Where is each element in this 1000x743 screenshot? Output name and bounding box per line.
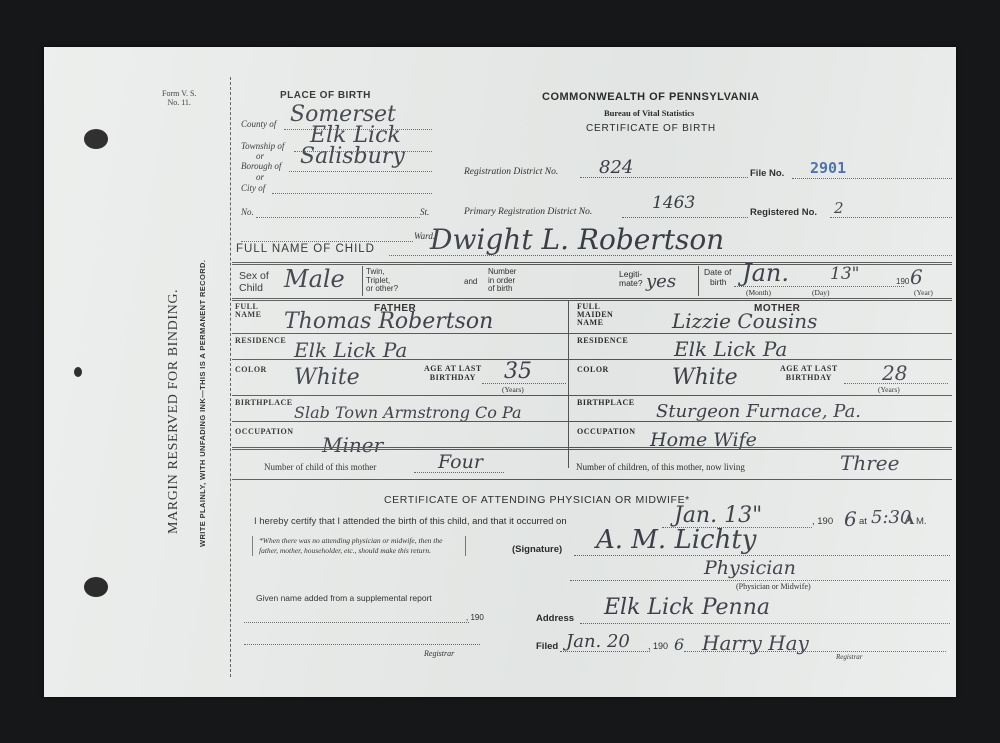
children-living-value: Three xyxy=(840,451,899,475)
county-label: County of xyxy=(241,119,276,129)
twin-label-line3: or other? xyxy=(366,285,398,294)
or-label: or xyxy=(256,172,264,182)
mother-age-label-line2: BIRTHDAY xyxy=(780,374,838,383)
physician-at-label: at xyxy=(859,516,867,527)
father-birthplace-value: Slab Town Armstrong Co Pa xyxy=(294,403,522,422)
birth-order-line3: of birth xyxy=(488,285,516,294)
filed-registrar: Harry Hay xyxy=(702,631,809,655)
physician-signature: A. M. Lichty xyxy=(596,525,756,555)
file-no-value: 2901 xyxy=(810,159,846,177)
father-occupation-label: OCCUPATION xyxy=(235,427,293,436)
father-birthplace-label: BIRTHPLACE xyxy=(235,398,293,407)
physician-title: Physician xyxy=(704,557,796,579)
street-no-label: No. xyxy=(241,207,254,217)
father-color-value: White xyxy=(294,365,360,390)
child-number-value: Four xyxy=(438,451,483,473)
physician-statement: I hereby certify that I attended the bir… xyxy=(254,516,567,527)
and-label: and xyxy=(464,277,477,286)
mother-birthplace-label: BIRTHPLACE xyxy=(577,398,635,407)
form-id: Form V. S. No. 11. xyxy=(162,89,196,107)
month-caption: (Month) xyxy=(746,288,771,297)
legitimate-label-line2: mate? xyxy=(619,279,643,288)
primary-district-value: 1463 xyxy=(652,193,695,213)
city-label: City of xyxy=(241,183,265,193)
father-color-label: COLOR xyxy=(235,365,267,374)
signature-label: (Signature) xyxy=(512,544,562,555)
physician-title-caption: (Physician or Midwife) xyxy=(736,582,811,591)
punch-hole xyxy=(84,577,108,597)
filed-registrar-caption: Registrar xyxy=(836,653,862,661)
birth-order-label: Number in order of birth xyxy=(488,268,516,294)
margin-binding-text: MARGIN RESERVED FOR BINDING. xyxy=(166,289,182,534)
mother-name-label-line3: NAME xyxy=(577,319,613,327)
street-label: St. xyxy=(420,207,429,217)
punch-hole xyxy=(84,129,108,149)
twin-label: Twin, Triplet, or other? xyxy=(366,268,398,294)
form-id-line2: No. 11. xyxy=(162,98,196,107)
sex-label-line2: Child xyxy=(239,282,269,294)
father-age-label: AGE AT LAST BIRTHDAY xyxy=(424,365,482,382)
father-name-value: Thomas Robertson xyxy=(284,309,493,334)
child-name-label: FULL NAME OF CHILD xyxy=(236,243,375,255)
father-name-label: FULL NAME xyxy=(235,303,265,319)
address-label: Address xyxy=(536,613,574,624)
filed-year-prefix: , 190 xyxy=(648,641,668,651)
physician-address: Elk Lick Penna xyxy=(604,595,770,620)
binding-divider xyxy=(230,77,231,677)
supplemental-label: Given name added from a supplemental rep… xyxy=(256,593,432,603)
father-age-value: 35 xyxy=(504,359,532,384)
sex-label-line1: Sex of xyxy=(239,270,269,282)
day-caption: (Day) xyxy=(812,288,830,297)
birth-certificate: Form V. S. No. 11. MARGIN RESERVED FOR B… xyxy=(44,47,956,697)
registration-district-value: 824 xyxy=(599,157,633,178)
or-label: or xyxy=(256,151,264,161)
mother-birthplace-value: Sturgeon Furnace, Pa. xyxy=(656,401,861,422)
registration-district-label: Registration District No. xyxy=(464,167,558,177)
father-occupation-value: Miner xyxy=(322,433,383,457)
mother-residence-label: RESIDENCE xyxy=(577,336,628,345)
mother-residence-value: Elk Lick Pa xyxy=(674,337,787,361)
dob-month: Jan. xyxy=(742,259,789,287)
registered-no-value: 2 xyxy=(834,199,844,217)
dob-year-prefix: 190 xyxy=(896,277,909,286)
father-age-label-line2: BIRTHDAY xyxy=(424,374,482,383)
supplemental-year: , 190 xyxy=(466,613,484,622)
physician-footnote: *When there was no attending physician o… xyxy=(252,536,466,556)
sex-value: Male xyxy=(284,265,345,293)
certificate-title: CERTIFICATE OF BIRTH xyxy=(586,123,716,134)
mother-years-caption: (Years) xyxy=(878,385,900,394)
legitimate-label: Legiti- mate? xyxy=(619,270,643,288)
legitimate-value: yes xyxy=(646,271,676,292)
form-id-line1: Form V. S. xyxy=(162,89,196,98)
physician-m-label: M. xyxy=(916,516,927,527)
mother-name-label: FULL MAIDEN NAME xyxy=(577,303,613,327)
date-of-birth-label: Date of birth xyxy=(704,268,731,287)
mother-age-value: 28 xyxy=(882,361,907,385)
mother-age-label: AGE AT LAST BIRTHDAY xyxy=(780,365,838,382)
physician-year: 6 xyxy=(844,507,857,531)
child-number-label: Number of child of this mother xyxy=(264,462,376,472)
registered-no-label: Registered No. xyxy=(750,207,817,218)
filed-label: Filed xyxy=(536,641,558,652)
primary-district-label: Primary Registration District No. xyxy=(464,207,592,217)
year-caption: (Year) xyxy=(914,288,933,297)
children-living-label: Number of children, of this mother, now … xyxy=(576,462,745,472)
margin-ink-notice: WRITE PLAINLY, WITH UNFADING INK—THIS IS… xyxy=(198,260,207,547)
filed-date: Jan. 20 xyxy=(566,631,630,652)
place-of-birth-heading: PLACE OF BIRTH xyxy=(280,90,371,101)
bureau-title: Bureau of Vital Statistics xyxy=(604,108,694,118)
child-name-value: Dwight L. Robertson xyxy=(430,223,724,256)
physician-year-prefix: , 190 xyxy=(812,516,833,527)
dob-day: 13" xyxy=(830,264,859,284)
father-years-caption: (Years) xyxy=(502,385,524,394)
physician-ampm: A xyxy=(904,513,914,528)
file-no-label: File No. xyxy=(750,168,784,179)
father-residence-label: RESIDENCE xyxy=(235,336,286,345)
borough-value: Salisbury xyxy=(300,144,405,169)
punch-hole xyxy=(74,367,82,377)
mother-occupation-label: OCCUPATION xyxy=(577,427,635,436)
filed-year: 6 xyxy=(674,635,684,654)
mother-name-value: Lizzie Cousins xyxy=(672,309,817,333)
dob-year: 6 xyxy=(910,265,923,289)
physician-heading: CERTIFICATE OF ATTENDING PHYSICIAN OR MI… xyxy=(384,494,690,506)
mother-color-value: White xyxy=(672,365,738,390)
sex-label: Sex of Child xyxy=(239,270,269,294)
supplemental-registrar: Registrar xyxy=(424,649,454,658)
borough-label: Borough of xyxy=(241,161,281,171)
township-label: Township of xyxy=(241,141,284,151)
state-title: COMMONWEALTH OF PENNSYLVANIA xyxy=(542,91,760,103)
mother-color-label: COLOR xyxy=(577,365,609,374)
dob-label-line2: birth xyxy=(704,278,731,288)
